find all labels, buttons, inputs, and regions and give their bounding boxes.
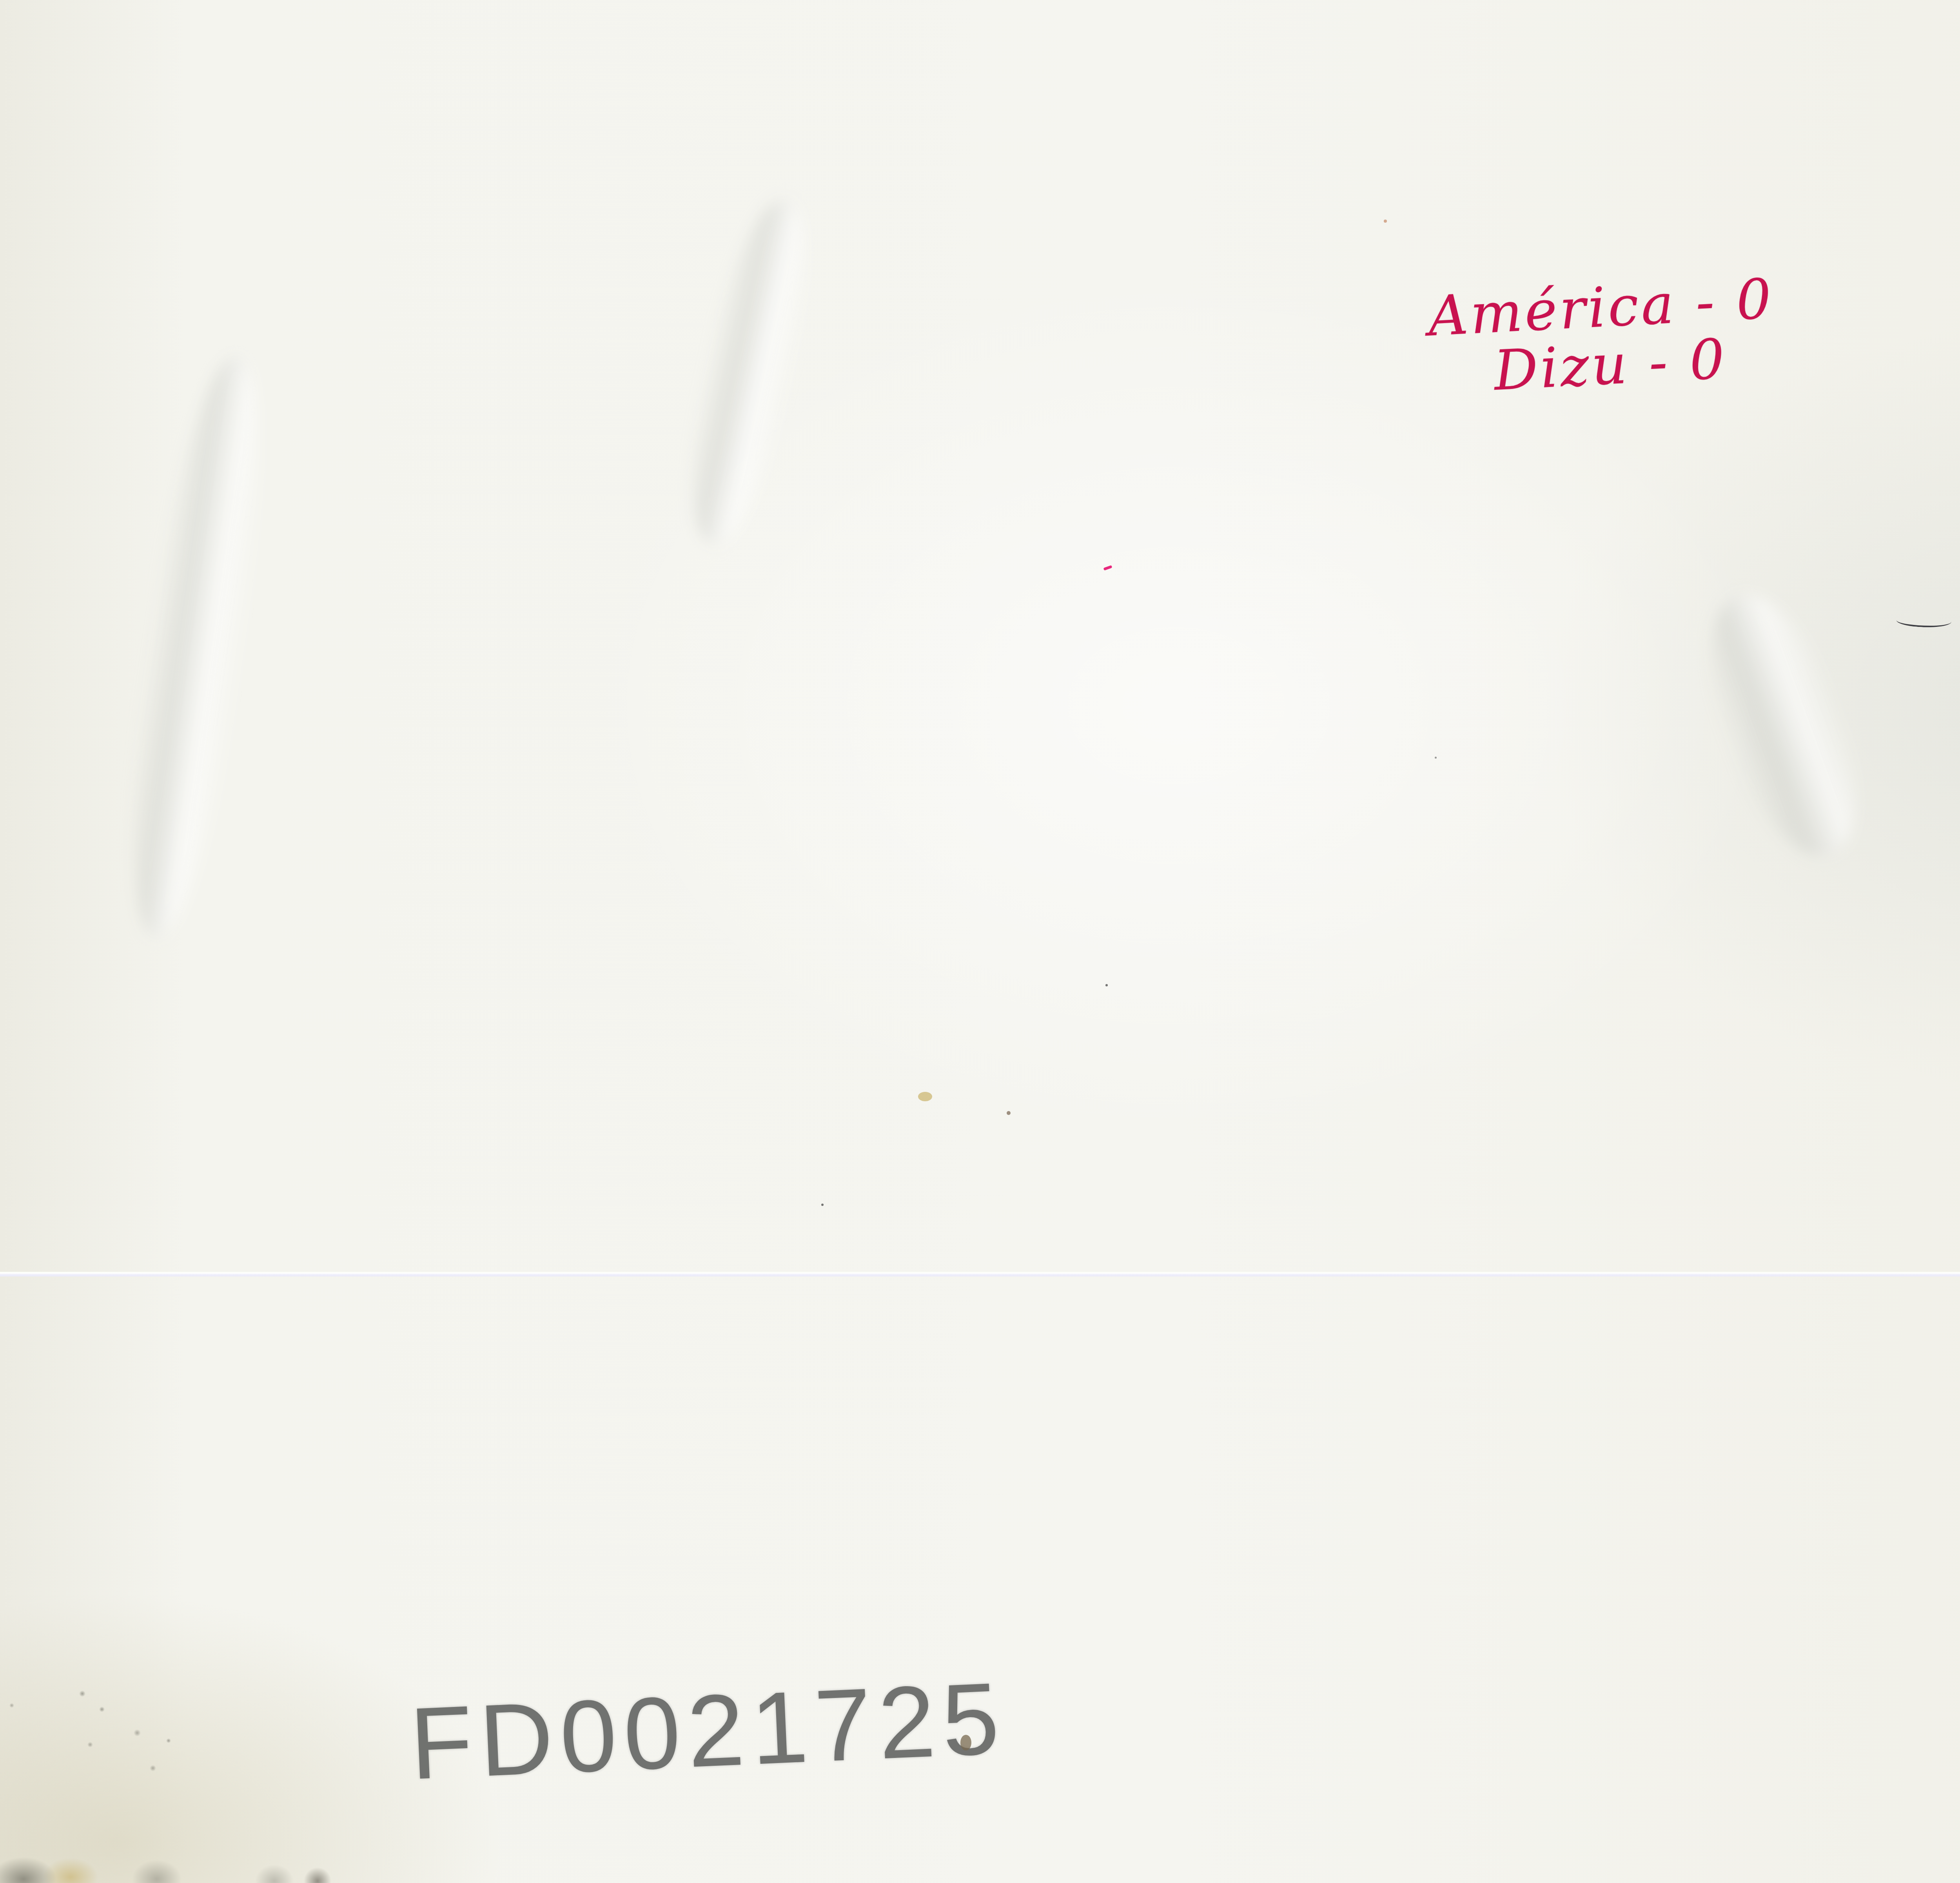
- bottom-edge-smudge: [0, 1836, 392, 1883]
- mould-speckles: [0, 1666, 220, 1784]
- paper-crease: [670, 191, 828, 554]
- stray-pencil-mark: [1896, 613, 1952, 629]
- foxing-stain: [918, 1092, 932, 1101]
- paper-crease: [109, 349, 283, 945]
- center-note-line: Dizu - 0: [1492, 328, 1778, 400]
- dust-speck: [1435, 757, 1437, 759]
- scanner-seam-line: [0, 1272, 1960, 1277]
- foxing-stain: [1007, 1111, 1011, 1115]
- dust-speck: [1105, 984, 1108, 986]
- dust-speck: [821, 1204, 824, 1206]
- stray-red-mark: [1103, 565, 1112, 570]
- accession-number: FD0021725: [408, 1660, 1008, 1803]
- foxing-stain: [1384, 220, 1387, 223]
- photo-verso-sheet: 7B. 866. 1. A América - 8c Escenas - Amé…: [0, 0, 1960, 1883]
- center-note: América - 0 Dizu - 0: [1427, 270, 1778, 403]
- paper-crease: [1681, 576, 1886, 874]
- foxing-stain: [960, 1735, 971, 1750]
